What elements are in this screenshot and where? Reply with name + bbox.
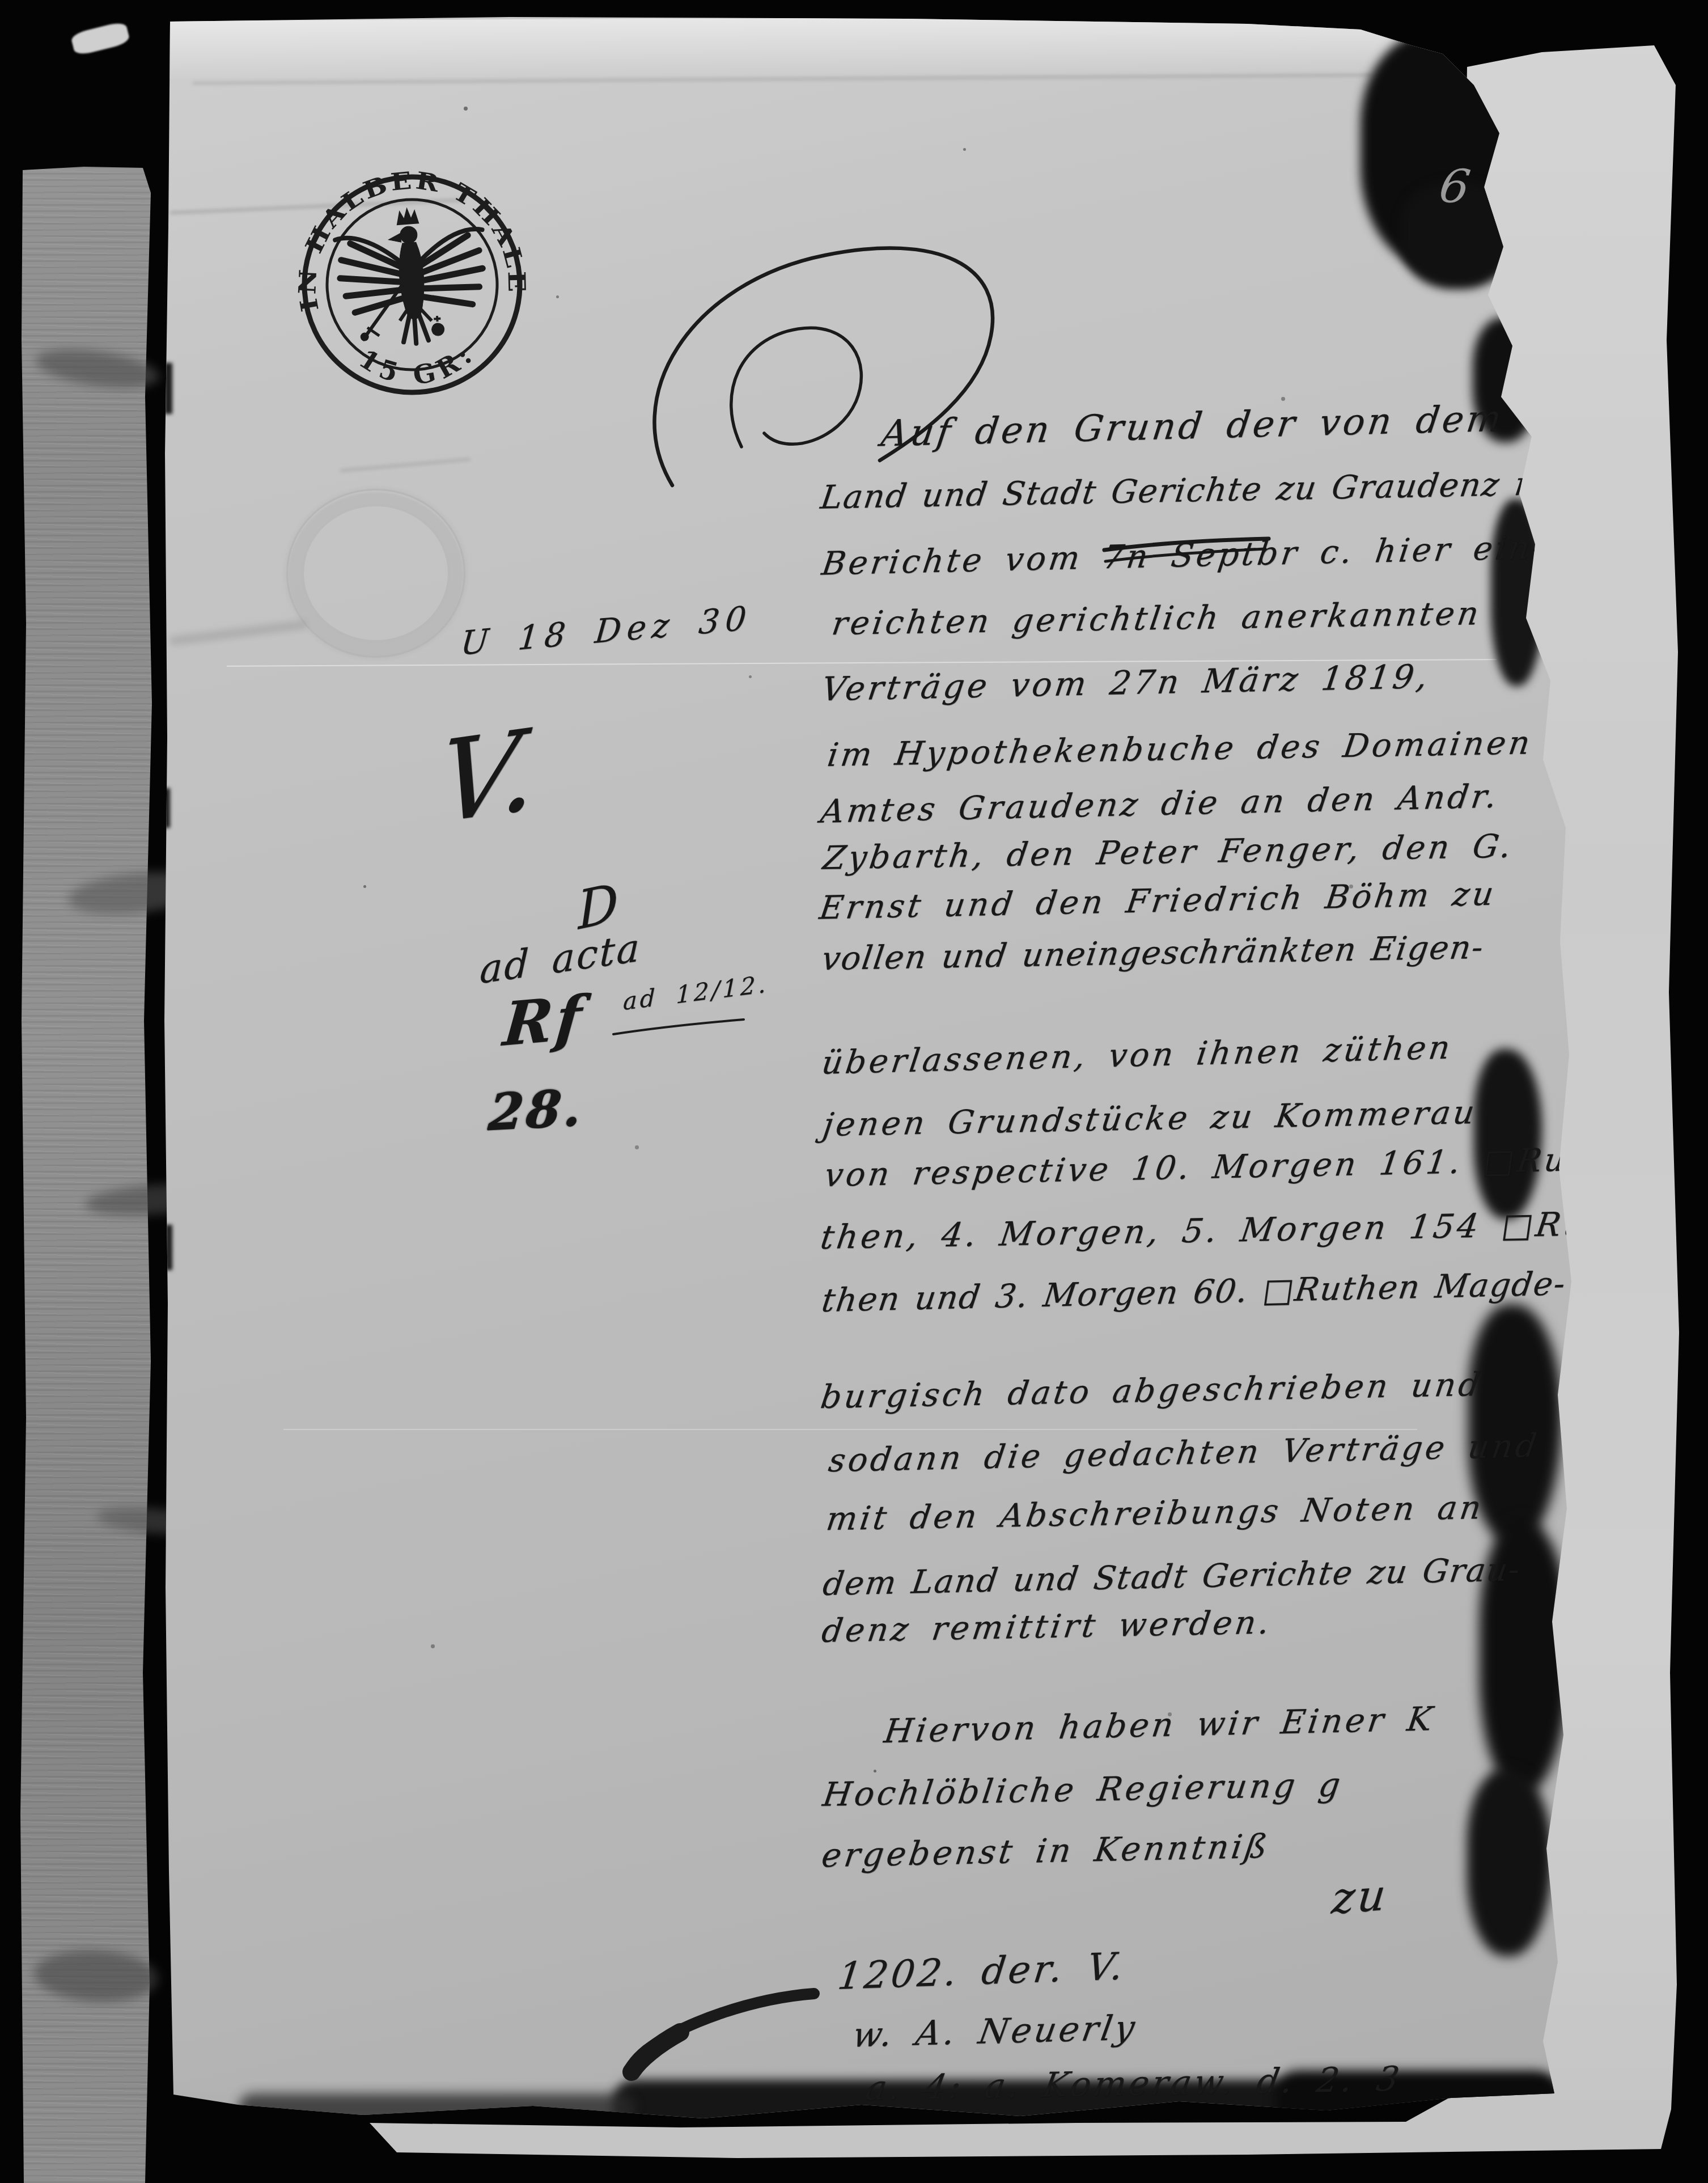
- opening-flourish-inner: [731, 328, 862, 447]
- margin-number-note: 28.: [486, 1077, 587, 1141]
- archival-scan: EIN HALBER THALER 15 GR:: [0, 0, 1708, 2183]
- paper-specks: [0, 0, 2, 2]
- margin-v-mark: V.: [433, 703, 547, 849]
- signature-initials: w. A. Neuerly: [850, 2008, 1140, 2055]
- fraction-underline: [613, 1019, 744, 1034]
- signature-flourish-thick: [632, 2032, 680, 2072]
- paper-sliver: [70, 20, 131, 56]
- manuscript-word-zu: zu: [1329, 1869, 1391, 1924]
- margin-referent-initials: Rf: [501, 981, 587, 1060]
- manuscript-page: EIN HALBER THALER 15 GR:: [0, 0, 1708, 2183]
- signature-flourish: [630, 1994, 814, 2074]
